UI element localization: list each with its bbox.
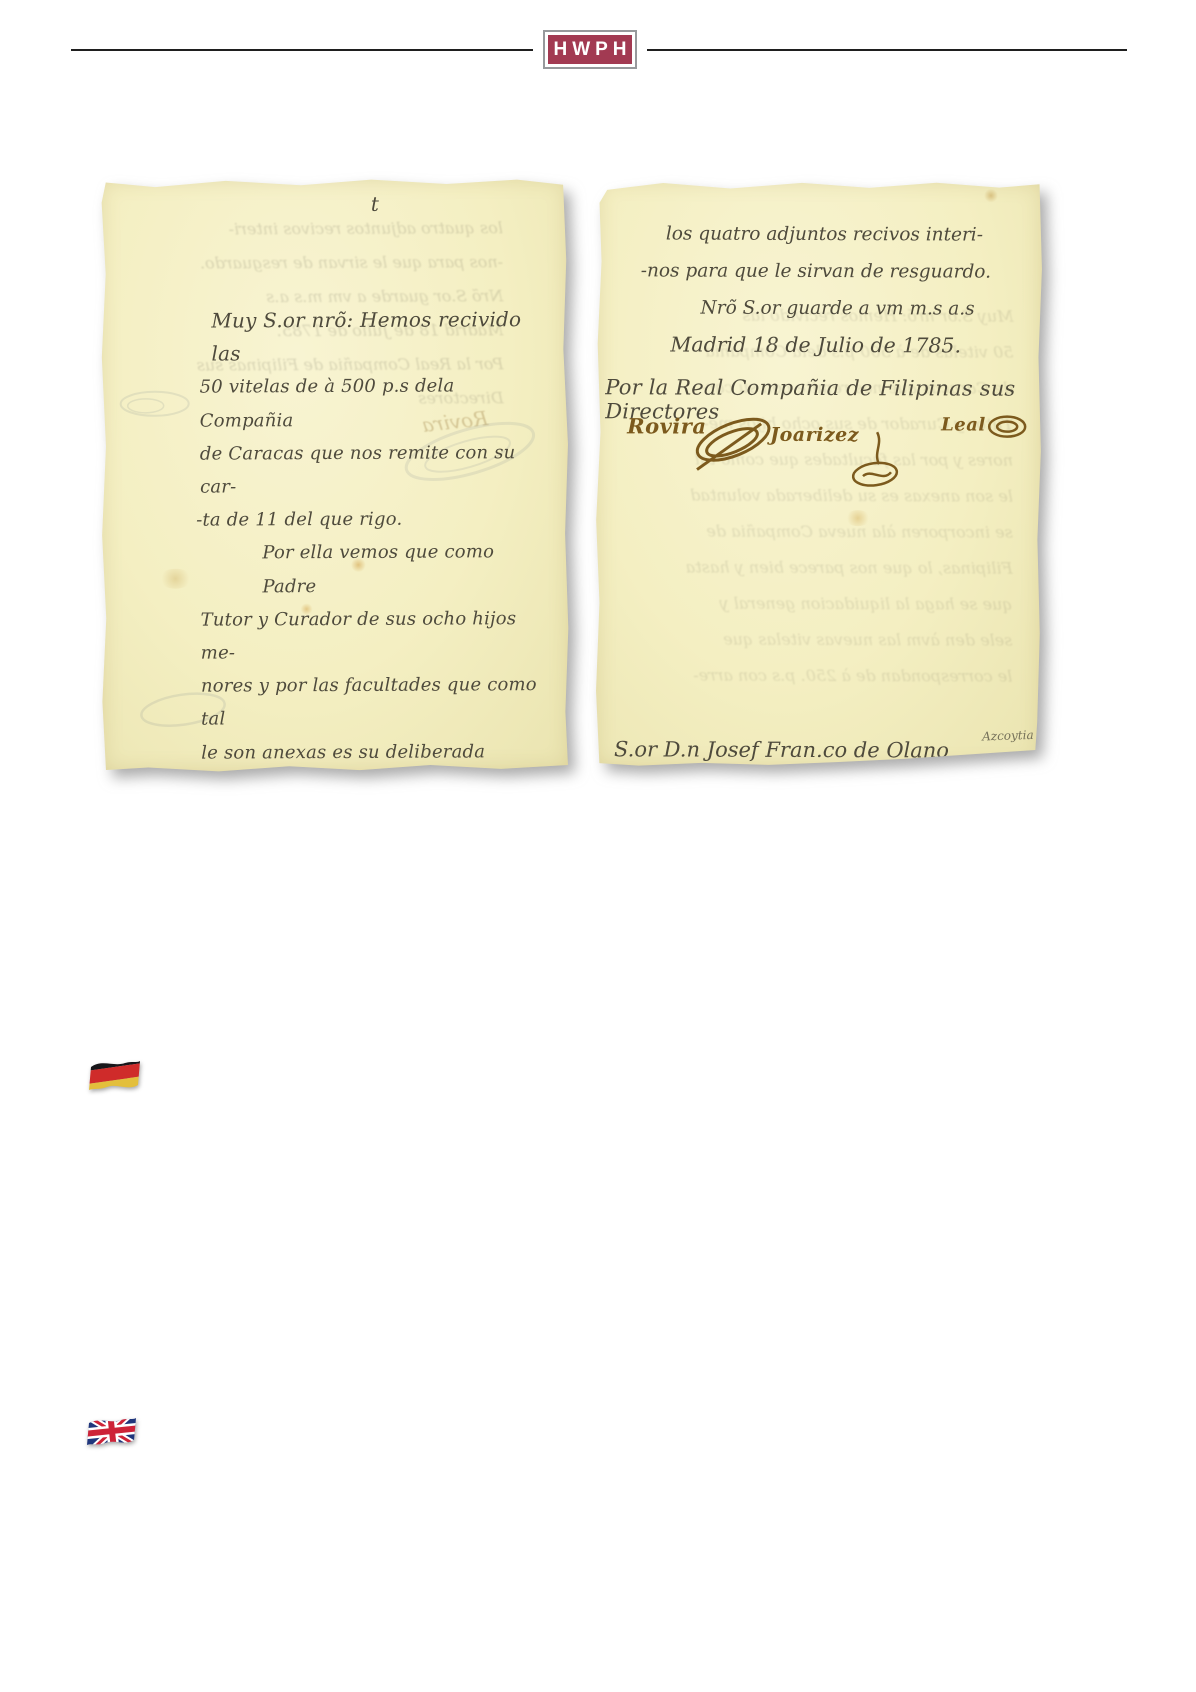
manuscript-text-block: los quatro adjuntos recivos interi--nos …: [640, 215, 1026, 364]
signature-joarizez: Joarizez: [770, 424, 859, 446]
manuscript-line: que se haga la liquidacion general y: [202, 934, 546, 969]
manuscript-page-right: Muy S.or nrõ: Hemos recivido las50 vitel…: [595, 180, 1043, 768]
manuscript-line: 50 vitelas de à 500 p.s dela Compañia: [200, 369, 544, 437]
manuscript-line: Filipinas, lo que nos parece bien y hast…: [202, 868, 546, 936]
paper-stain: [158, 569, 192, 589]
header-rule-right: [647, 49, 1127, 51]
bleedthrough-line: se incorporen àla nueva Compañia de: [630, 513, 1013, 550]
german-flag-icon: [86, 1056, 144, 1101]
signature-leal: Leal: [941, 414, 986, 435]
hwph-logo-text: HWPH: [548, 35, 632, 64]
manuscript-line: -ta de 11 del que rigo.: [196, 502, 544, 537]
manuscript-line: -glo àlo dispuesto en los Capitulos de: [199, 1067, 547, 1102]
bleedthrough-line: le correspondan de à 250. p.s con arre-: [629, 657, 1012, 694]
hwph-logo: HWPH: [543, 30, 637, 69]
manuscript-paper-left: t los quatro adjuntos recivos interi--no…: [99, 177, 572, 773]
manuscript-line: le correspondan de à 250. p.s con arre-: [204, 1000, 546, 1068]
bleedthrough-line: -nos para que le sirvan de resguardo.: [113, 245, 503, 281]
manuscript-line: Madrid 18 de Julio de 1785.: [670, 326, 1025, 364]
addressee-line: S.or D.n Josef Fran.co de Olano: [614, 737, 949, 762]
manuscript-line: de Caracas que nos remite con su car-: [200, 436, 544, 504]
manuscript-line: Nrõ S.or guarde a vm m.s a.s: [701, 290, 1026, 328]
manuscript-line: nores y por las facultades que como tal: [201, 668, 545, 736]
catalog-page: HWPH t los quatro adjuntos recivos inter…: [0, 0, 1196, 1692]
bleedthrough-line: sele den àvm las nuevas vitelas que: [629, 621, 1012, 658]
bleedthrough-line: le son anexas es su deliberada voluntad: [630, 477, 1013, 514]
manuscript-text-block: Muy S.or nrõ: Hemos recivido las50 vitel…: [199, 303, 547, 1135]
signature-flourish-icon: [687, 410, 779, 476]
manuscript-line: -nos para que le sirvan de resguardo.: [641, 252, 1026, 290]
manuscript-line: Muy S.or nrõ: Hemos recivido las: [211, 303, 543, 371]
manuscript-line: se incorporen àla nueva Compañia de: [201, 801, 545, 869]
signature-flourish-icon: [847, 430, 907, 488]
manuscript-line: le son anexas es su deliberada voluntad: [201, 735, 545, 803]
paper-stain: [984, 189, 998, 203]
header-rule-left: [71, 49, 533, 51]
bleedthrough-line: los quatro adjuntos recivos interi-: [113, 211, 503, 247]
manuscript-page-left: t los quatro adjuntos recivos interi--no…: [100, 178, 570, 772]
manuscript-line: Por ella vemos que como Padre: [262, 536, 544, 604]
corner-note: Azcoytia: [982, 728, 1034, 744]
signature-flourish-icon: [983, 411, 1031, 443]
bleedthrough-line: que se haga la liquidacion general y: [629, 585, 1012, 622]
manuscript-line: sele den àvm las nuevas vitelas que: [202, 967, 546, 1002]
uk-flag-icon: [85, 1414, 139, 1455]
bleedthrough-line: Filipinas, lo que nos parece bien y hast…: [630, 549, 1013, 586]
manuscript-line: los quatro adjuntos recivos interi-: [666, 215, 1026, 253]
manuscript-line: Tutor y Curador de sus ocho hijos me-: [201, 602, 545, 670]
manuscript-line: la Real Cedula remitimos à vm: [211, 1100, 547, 1135]
manuscript-paper-right: Muy S.or nrõ: Hemos recivido las50 vitel…: [594, 179, 1044, 769]
